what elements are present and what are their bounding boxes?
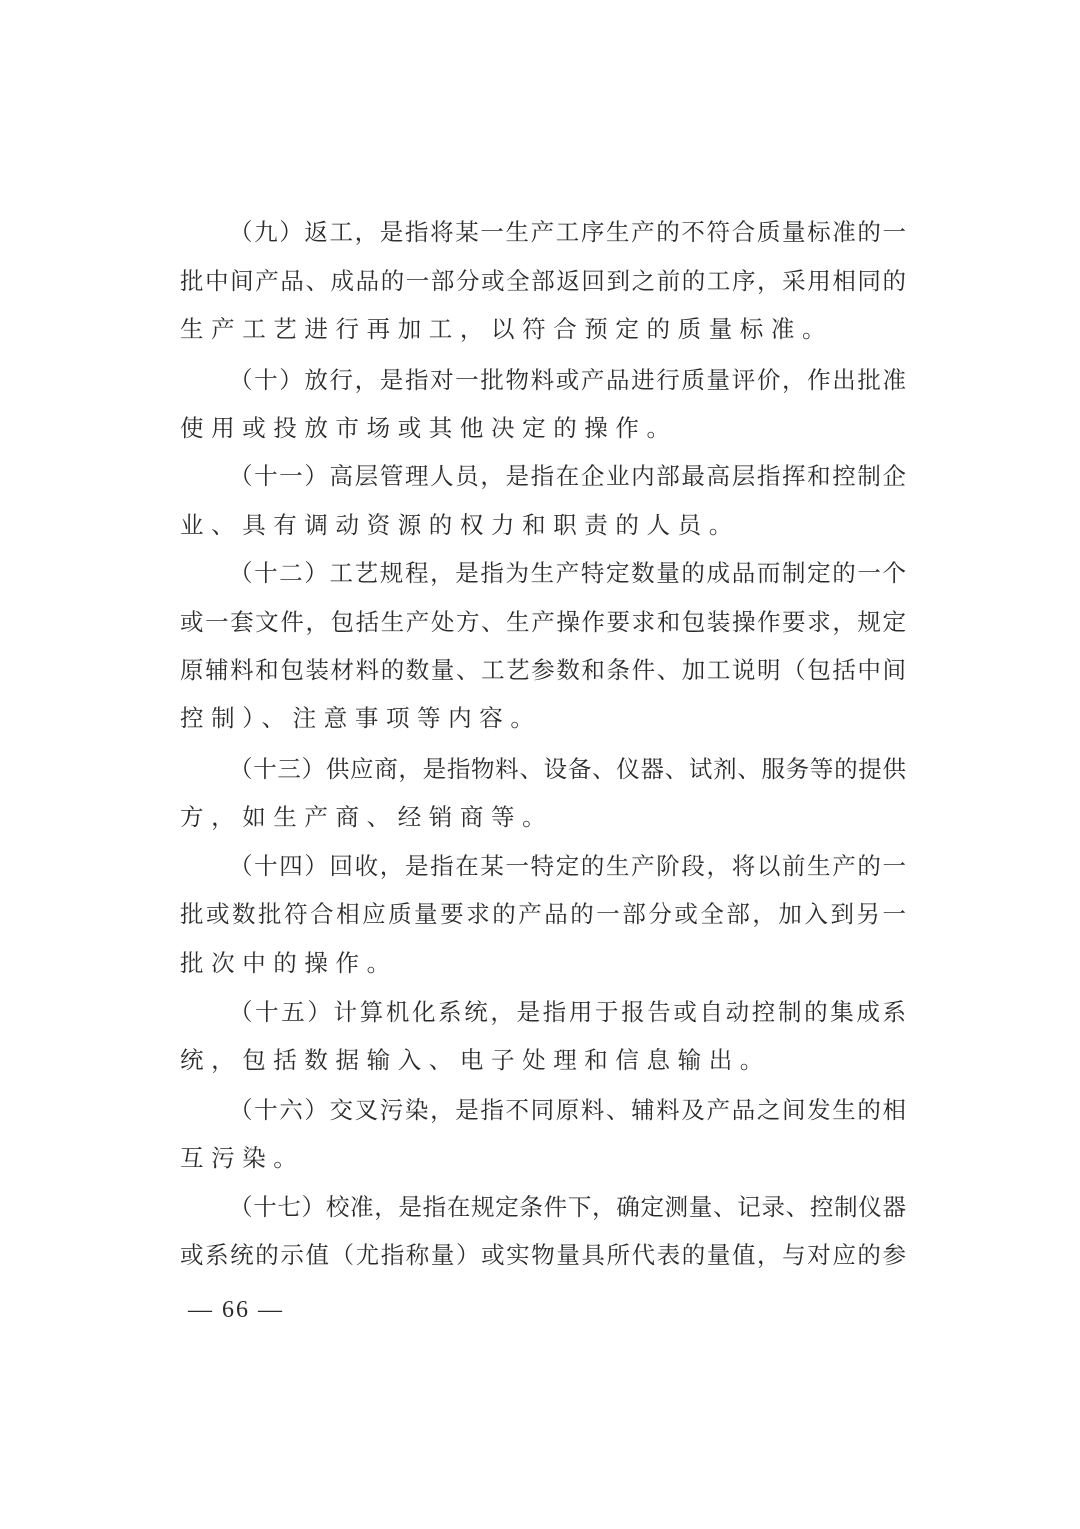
paragraph-12-line-4: 控制）、注意事项等内容。 [180, 698, 906, 738]
paragraph-11-line-1: （十一）高层管理人员，是指在企业内部最高层指挥和控制企 [229, 456, 906, 496]
paragraph-15-line-2: 统，包括数据输入、电子处理和信息输出。 [180, 1040, 906, 1080]
paragraph-13-line-2: 方，如生产商、经销商等。 [180, 797, 906, 837]
paragraph-12-line-1: （十二）工艺规程，是指为生产特定数量的成品而制定的一个 [229, 553, 906, 593]
paragraph-14-line-1: （十四）回收，是指在某一特定的生产阶段，将以前生产的一 [229, 846, 906, 886]
paragraph-9-line-3: 生产工艺进行再加工，以符合预定的质量标准。 [180, 309, 906, 349]
paragraph-10-line-1: （十）放行，是指对一批物料或产品进行质量评价，作出批准 [229, 360, 906, 400]
paragraph-13-line-1: （十三）供应商，是指物料、设备、仪器、试剂、服务等的提供 [229, 749, 906, 789]
paragraph-17-line-2: 或系统的示值（尤指称量）或实物量具所代表的量值，与对应的参 [180, 1235, 906, 1275]
page-number: — 66 — [188, 1292, 284, 1328]
paragraph-16-line-1: （十六）交叉污染，是指不同原料、辅料及产品之间发生的相 [229, 1090, 906, 1130]
paragraph-11-line-2: 业、具有调动资源的权力和职责的人员。 [180, 505, 906, 545]
paragraph-17-line-1: （十七）校准，是指在规定条件下，确定测量、记录、控制仪器 [229, 1187, 906, 1227]
paragraph-9-line-2: 批中间产品、成品的一部分或全部返回到之前的工序，采用相同的 [180, 261, 906, 301]
paragraph-14-line-3: 批次中的操作。 [180, 943, 906, 983]
paragraph-12-line-3: 原辅料和包装材料的数量、工艺参数和条件、加工说明（包括中间 [180, 650, 906, 690]
paragraph-16-line-2: 互污染。 [180, 1138, 906, 1178]
paragraph-10-line-2: 使用或投放市场或其他决定的操作。 [180, 408, 906, 448]
document-page: （九）返工，是指将某一生产工序生产的不符合质量标准的一 批中间产品、成品的一部分… [0, 0, 1080, 1529]
paragraph-12-line-2: 或一套文件，包括生产处方、生产操作要求和包装操作要求，规定 [180, 602, 906, 642]
paragraph-9-line-1: （九）返工，是指将某一生产工序生产的不符合质量标准的一 [229, 212, 906, 252]
paragraph-15-line-1: （十五）计算机化系统，是指用于报告或自动控制的集成系 [229, 992, 906, 1032]
paragraph-14-line-2: 批或数批符合相应质量要求的产品的一部分或全部，加入到另一 [180, 894, 906, 934]
